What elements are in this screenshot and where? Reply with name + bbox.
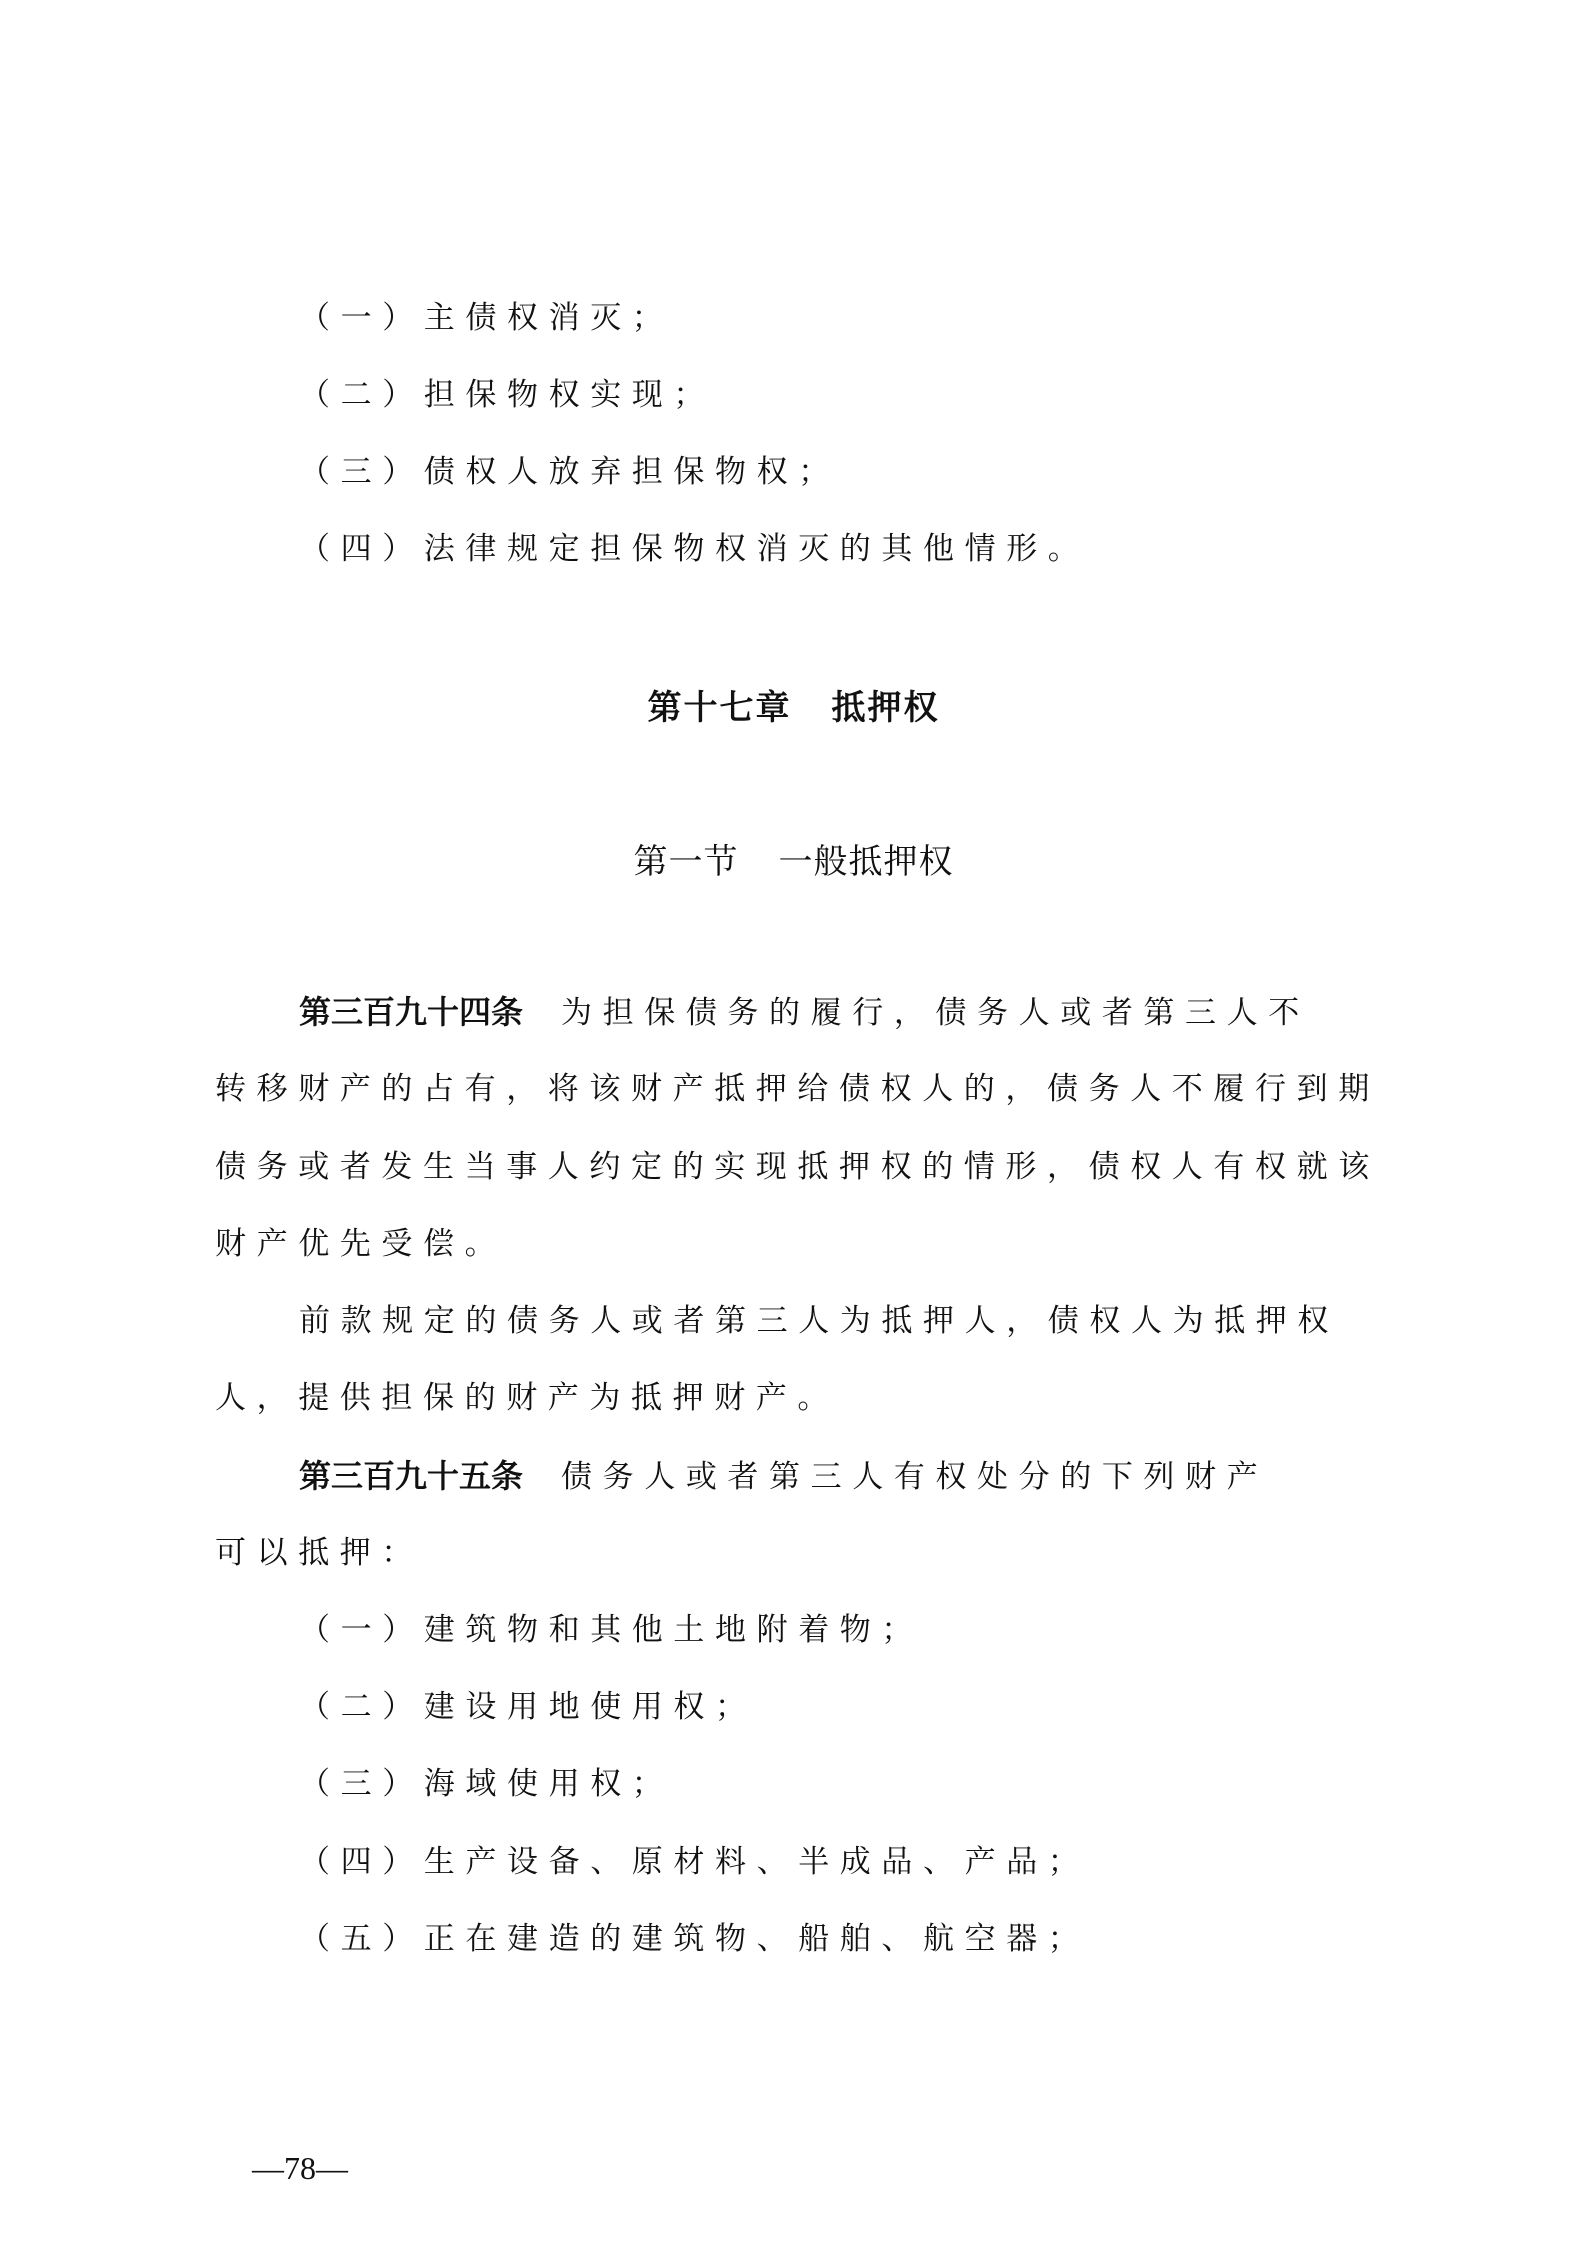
chapter-number: 第十七章 [648, 688, 792, 728]
article-title: 第三百九十四条 [299, 993, 523, 1031]
list-item: （一）建筑物和其他土地附着物； [299, 1610, 1479, 1650]
list-item: （三）海域使用权； [299, 1764, 1479, 1804]
article-text-line: 人，提供担保的财产为抵押财产。 [215, 1378, 1395, 1418]
list-item: （二）担保物权实现； [299, 375, 1479, 415]
section-heading: 第一节一般抵押权 [0, 842, 1587, 882]
article-text-line: 转移财产的占有，将该财产抵押给债权人的，债务人不履行到期 [215, 1069, 1395, 1109]
section-number: 第一节 [634, 842, 739, 882]
article-text: 为担保债务的履行，债务人或者第三人不 [561, 995, 1310, 1031]
article-text-line: 前款规定的债务人或者第三人为抵押人，债权人为抵押权 [299, 1301, 1479, 1341]
section-title: 一般抵押权 [779, 842, 954, 882]
document-page: （一）主债权消灭； （二）担保物权实现； （三）债权人放弃担保物权； （四）法律… [0, 0, 1587, 2245]
chapter-title: 抵押权 [832, 688, 940, 728]
chapter-heading: 第十七章抵押权 [0, 688, 1587, 728]
article-text: 债务人或者第三人有权处分的下列财产 [561, 1459, 1268, 1495]
article-title: 第三百九十五条 [299, 1457, 523, 1495]
article-text-line: 可以抵押： [215, 1533, 1395, 1573]
list-item: （四）生产设备、原材料、半成品、产品； [299, 1842, 1479, 1882]
list-item: （一）主债权消灭； [299, 298, 1479, 338]
list-item: （三）债权人放弃担保物权； [299, 452, 1479, 492]
article-text-line: 财产优先受偿。 [215, 1224, 1395, 1264]
list-item: （二）建设用地使用权； [299, 1687, 1479, 1727]
list-item: （四）法律规定担保物权消灭的其他情形。 [299, 529, 1479, 569]
page-number: —78— [252, 2148, 348, 2188]
article-text-line: 债务或者发生当事人约定的实现抵押权的情形，债权人有权就该 [215, 1147, 1395, 1187]
article-394-first-line: 第三百九十四条为担保债务的履行，债务人或者第三人不 [299, 992, 1479, 1033]
article-395-first-line: 第三百九十五条债务人或者第三人有权处分的下列财产 [299, 1456, 1479, 1497]
list-item: （五）正在建造的建筑物、船舶、航空器； [299, 1919, 1479, 1959]
